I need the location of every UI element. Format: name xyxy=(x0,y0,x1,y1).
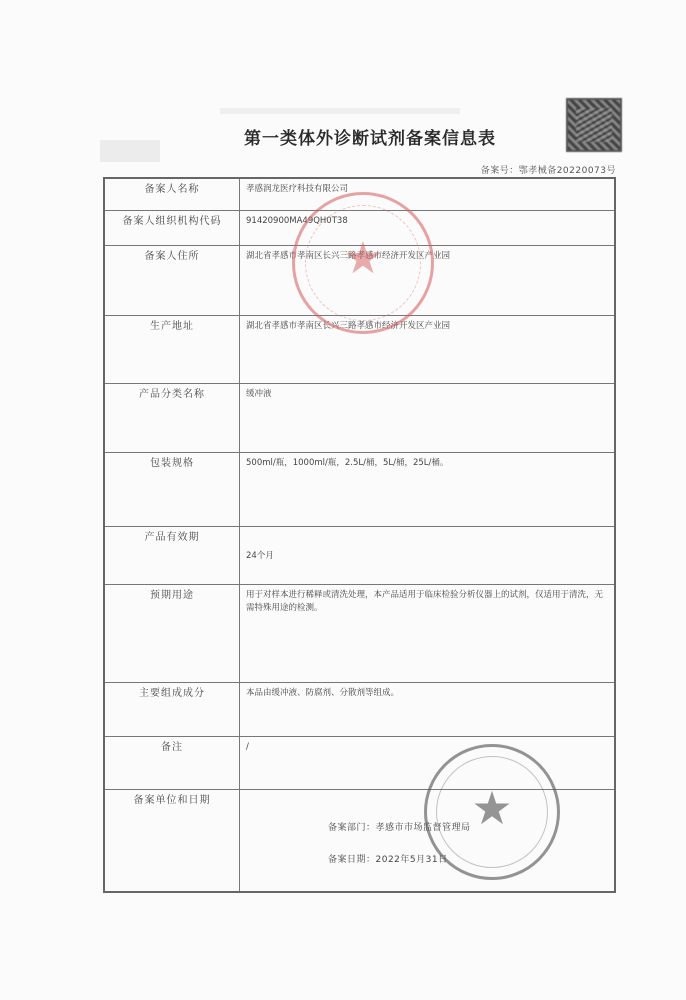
filing-info-table: 备案人名称 孝感润龙医疗科技有限公司 备案人组织机构代码 91420900MA4… xyxy=(103,177,616,893)
background-mark xyxy=(100,140,160,162)
table-row: 生产地址 湖北省孝感市孝南区长兴三路孝感市经济开发区产业园 xyxy=(104,315,615,383)
row-value: 湖北省孝感市孝南区长兴三路孝感市经济开发区产业园 xyxy=(240,315,616,383)
row-label: 备案人名称 xyxy=(104,178,240,211)
table-row: 备案单位和日期 备案部门：孝感市市场监督管理局 备案日期：2022年5月31日 xyxy=(104,789,615,892)
row-value: 孝感润龙医疗科技有限公司 xyxy=(240,178,616,211)
row-value: 500ml/瓶，1000ml/瓶，2.5L/桶，5L/桶，25L/桶。 xyxy=(240,453,616,527)
table-row: 备案人住所 湖北省孝感市孝南区长兴三路孝感市经济开发区产业园 xyxy=(104,246,615,316)
table-row: 产品分类名称 缓冲液 xyxy=(104,383,615,453)
qr-code-icon xyxy=(566,98,622,152)
signature-cell: 备案部门：孝感市市场监督管理局 备案日期：2022年5月31日 xyxy=(240,789,616,892)
row-label: 备案人住所 xyxy=(104,246,240,316)
background-mark xyxy=(220,108,460,114)
row-label: 备注 xyxy=(104,736,240,789)
table-row: 备案人组织机构代码 91420900MA49QH0T38 xyxy=(104,211,615,246)
row-label: 备案单位和日期 xyxy=(104,789,240,892)
record-number: 备案号：鄂孝械备20220073号 xyxy=(396,163,616,176)
row-value: / xyxy=(240,736,616,789)
row-value: 24个月 xyxy=(240,527,616,584)
row-label: 主要组成成分 xyxy=(104,683,240,736)
row-label: 产品分类名称 xyxy=(104,383,240,453)
row-value: 本品由缓冲液、防腐剂、分散剂等组成。 xyxy=(240,683,616,736)
row-value: 缓冲液 xyxy=(240,383,616,453)
document-title: 第一类体外诊断试剂备案信息表 xyxy=(200,124,540,149)
table-row: 包装规格 500ml/瓶，1000ml/瓶，2.5L/桶，5L/桶，25L/桶。 xyxy=(104,453,615,527)
row-label: 包装规格 xyxy=(104,453,240,527)
row-value: 91420900MA49QH0T38 xyxy=(240,211,616,246)
table-row: 备注 / xyxy=(104,736,615,789)
row-value: 湖北省孝感市孝南区长兴三路孝感市经济开发区产业园 xyxy=(240,246,616,316)
filing-department: 备案部门：孝感市市场监督管理局 xyxy=(328,820,471,833)
filing-date: 备案日期：2022年5月31日 xyxy=(328,852,448,865)
table-row: 主要组成成分 本品由缓冲液、防腐剂、分散剂等组成。 xyxy=(104,683,615,736)
row-label: 备案人组织机构代码 xyxy=(104,211,240,246)
row-label: 生产地址 xyxy=(104,315,240,383)
row-label: 预期用途 xyxy=(104,584,240,682)
row-label: 产品有效期 xyxy=(104,527,240,584)
row-value: 用于对样本进行稀释或清洗处理，本产品适用于临床检验分析仪器上的试剂，仅适用于清洗… xyxy=(240,584,616,682)
table-row: 产品有效期 24个月 xyxy=(104,527,615,584)
table-row: 预期用途 用于对样本进行稀释或清洗处理，本产品适用于临床检验分析仪器上的试剂，仅… xyxy=(104,584,615,682)
table-row: 备案人名称 孝感润龙医疗科技有限公司 xyxy=(104,178,615,211)
